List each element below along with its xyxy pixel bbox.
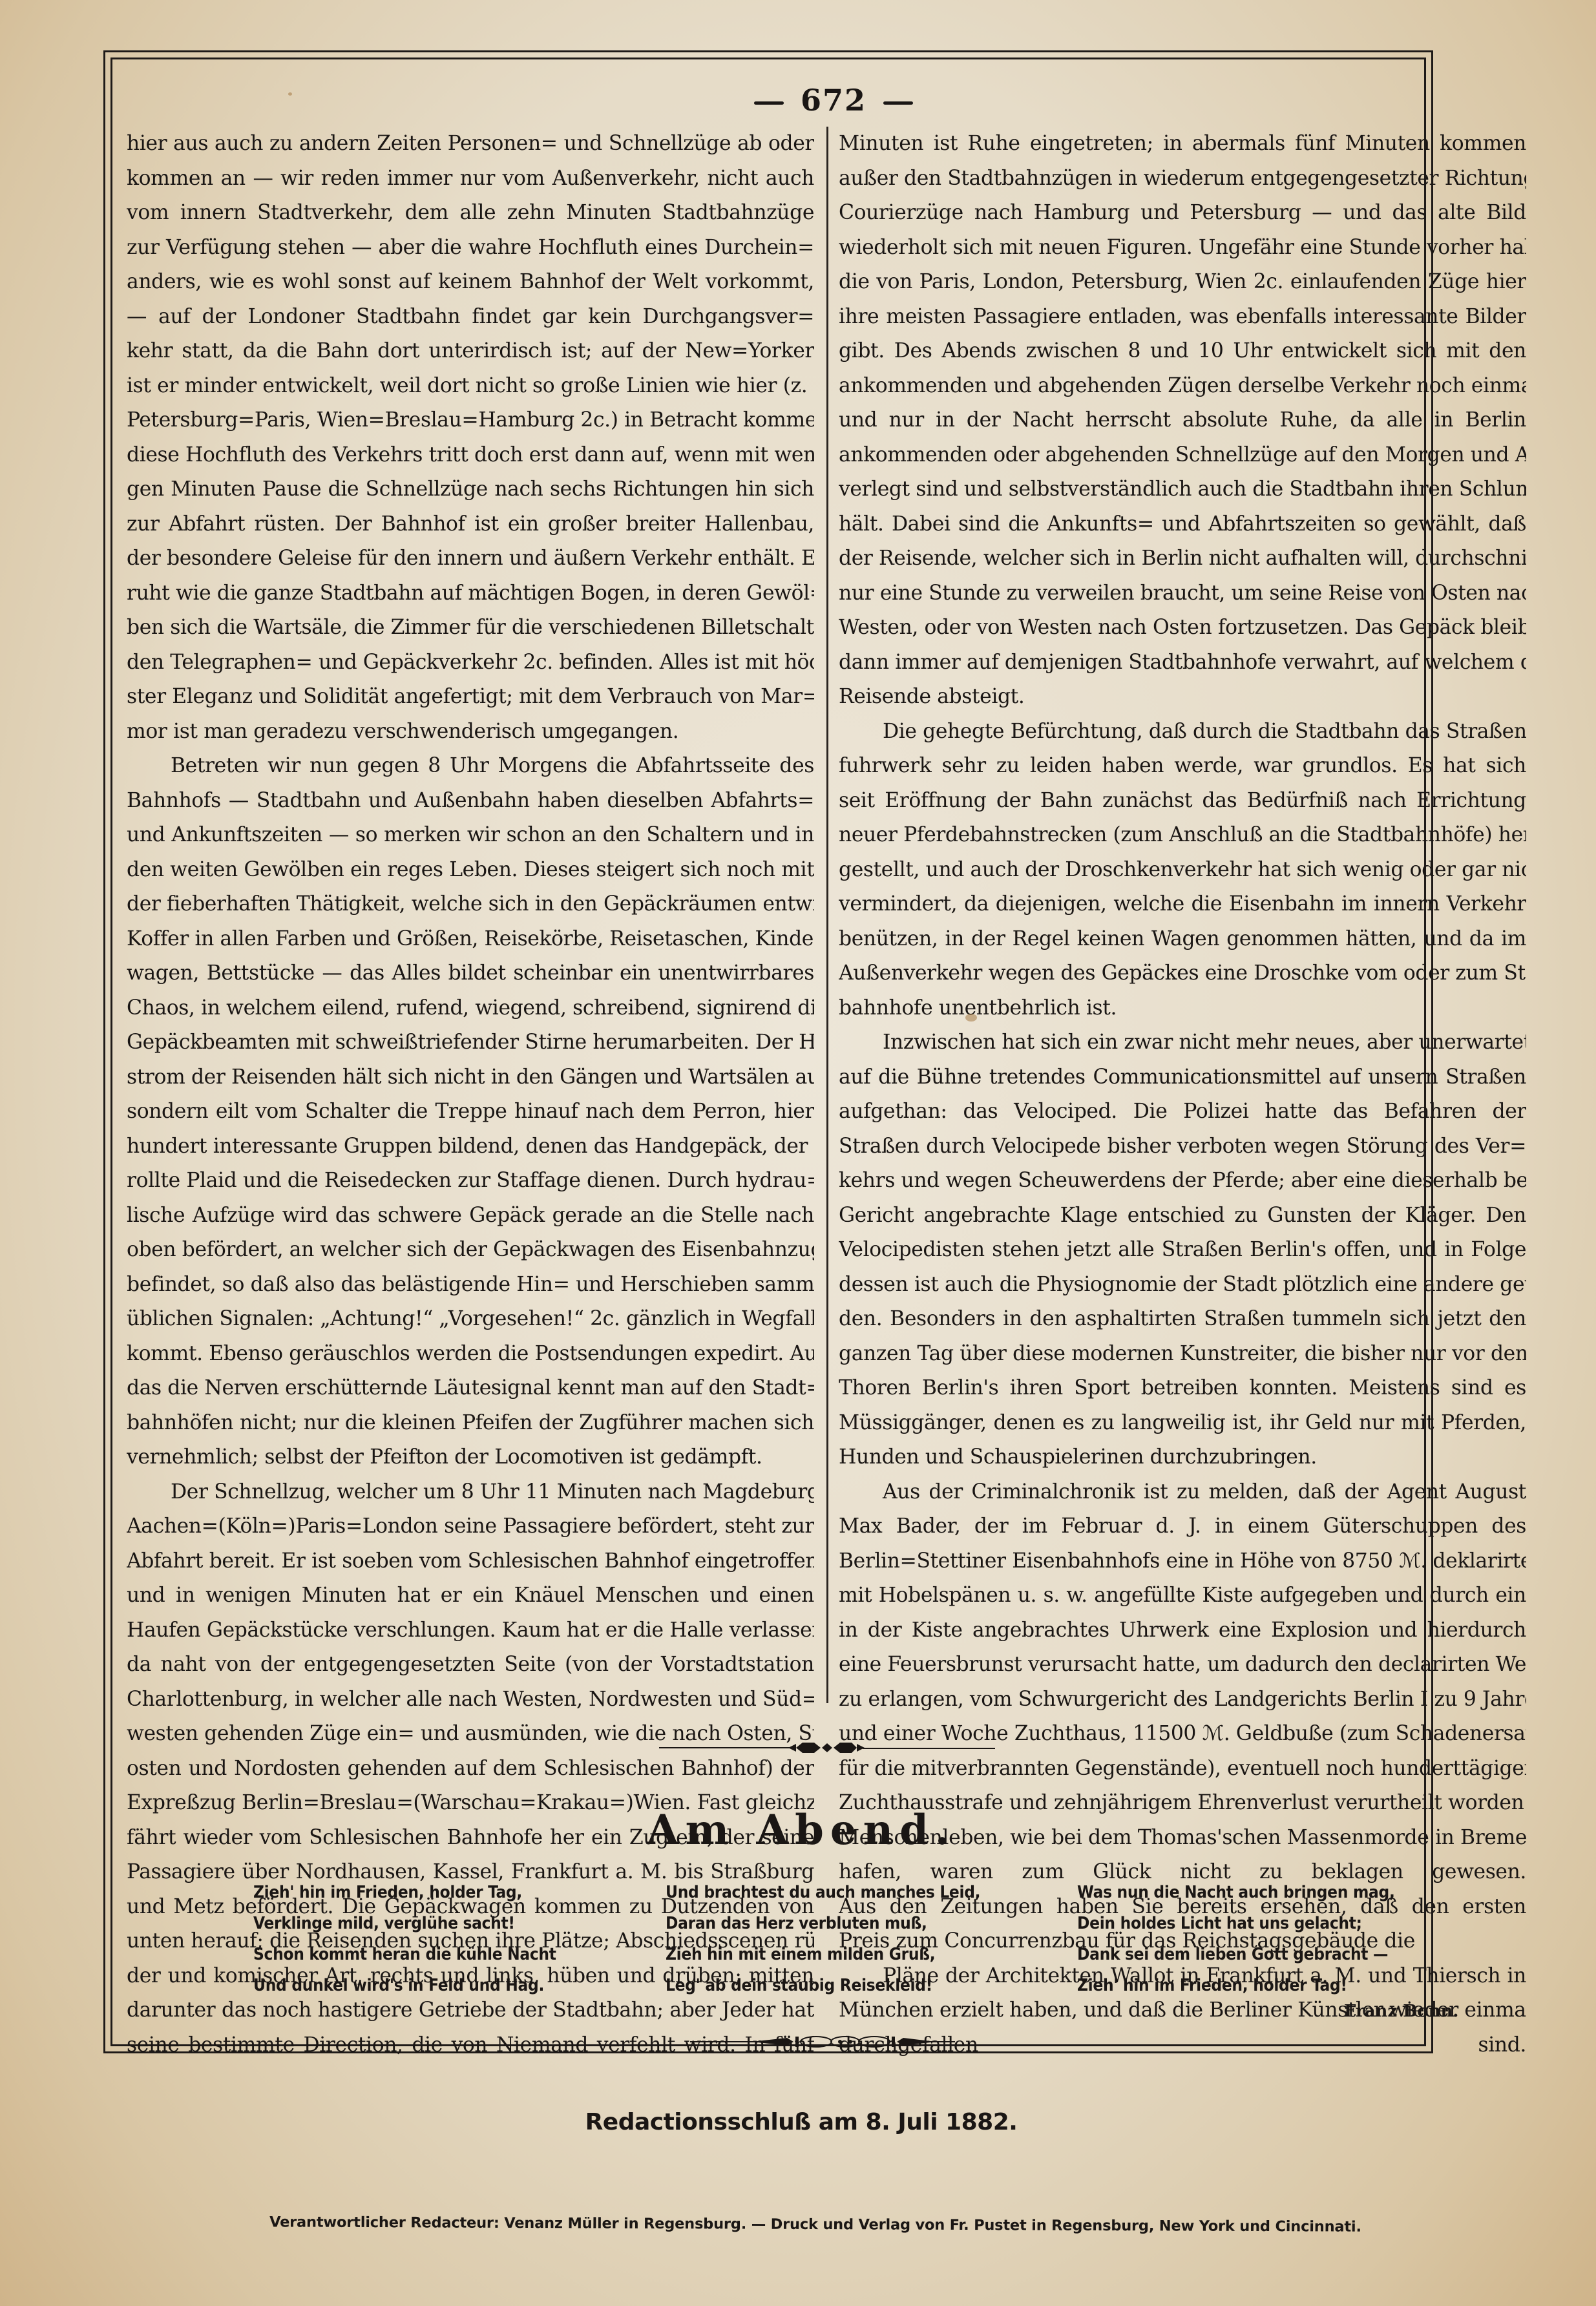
article-line: Thoren Berlin's ihren Sport betreiben ko… <box>839 1371 1526 1406</box>
article-line: den weiten Gewölben ein reges Leben. Die… <box>127 853 814 888</box>
article-line: ruht wie die ganze Stadtbahn auf mächtig… <box>127 576 814 611</box>
article-line: ganzen Tag über diese modernen Kunstreit… <box>839 1337 1526 1372</box>
article-line: kehr statt, da die Bahn dort unterirdisc… <box>127 334 814 369</box>
article-line: Aus der Criminalchronik ist zu melden, d… <box>839 1475 1526 1510</box>
poem-verse: Dein holdes Licht hat uns gelacht; <box>1077 1908 1395 1939</box>
article-line: Max Bader, der im Februar d. J. in einem… <box>839 1509 1526 1544</box>
poem-title: Am Abend. <box>582 1806 1021 1854</box>
article-line: Charlottenburg, in welcher alle nach Wes… <box>127 1682 814 1717</box>
article-line: hundert interessante Gruppen bildend, de… <box>127 1129 814 1164</box>
article-line: die von Paris, London, Petersburg, Wien … <box>839 265 1526 300</box>
article-line: und Ankunftszeiten — so merken wir schon… <box>127 818 814 853</box>
article-line: diese Hochfluth des Verkehrs tritt doch … <box>127 438 814 473</box>
article-line: vermindert, da diejenigen, welche die Ei… <box>839 887 1526 922</box>
page-header: 672 <box>737 83 930 118</box>
article-column-left: hier aus auch zu andern Zeiten Personen=… <box>127 127 814 2062</box>
article-line: Petersburg=Paris, Wien=Breslau=Hamburg 2… <box>127 403 814 438</box>
article-line: ihre meisten Passagiere entladen, was eb… <box>839 300 1526 335</box>
poem-verse: Zieh' hin im Frieden, holder Tag! <box>1077 1970 1395 2001</box>
article-line: und in wenigen Minuten hat er ein Knäuel… <box>127 1578 814 1613</box>
article-line: Die gehegte Befürchtung, daß durch die S… <box>839 715 1526 749</box>
article-line: mit Hobelspänen u. s. w. angefüllte Kist… <box>839 1578 1526 1613</box>
poem-verse: Schon kommt heran die kühle Nacht <box>253 1939 556 1970</box>
article-line: sondern eilt vom Schalter die Treppe hin… <box>127 1095 814 1129</box>
article-line: ist er minder entwickelt, weil dort nich… <box>127 369 814 404</box>
article-line: gestellt, und auch der Droschkenverkehr … <box>839 853 1526 888</box>
article-line: Hunden und Schauspielerinen durchzubring… <box>839 1440 1526 1475</box>
article-line: Koffer in allen Farben und Größen, Reise… <box>127 922 814 957</box>
article-line: wiederholt sich mit neuen Figuren. Ungef… <box>839 231 1526 266</box>
article-line: kehrs und wegen Scheuwerdens der Pferde;… <box>839 1164 1526 1199</box>
article-line: befindet, so daß also das belästigende H… <box>127 1268 814 1303</box>
article-line: der Reisende, welcher sich in Berlin nic… <box>839 541 1526 576</box>
article-line: Bahnhofs — Stadtbahn und Außenbahn haben… <box>127 784 814 819</box>
poem-verse: Und dunkel wird's in Feld und Hag. <box>253 1970 556 2001</box>
article-line: bahnhofe unentbehrlich ist. <box>839 991 1526 1026</box>
article-line: nur eine Stunde zu verweilen braucht, um… <box>839 576 1526 611</box>
article-line: Abfahrt bereit. Er ist soeben vom Schles… <box>127 1544 814 1579</box>
article-line: für die mitverbrannten Gegenstände), eve… <box>839 1752 1526 1787</box>
article-line: Inzwischen hat sich ein zwar nicht mehr … <box>839 1025 1526 1060</box>
paper-stain <box>965 1014 977 1022</box>
paper-stain <box>288 92 292 96</box>
article-line: Courierzüge nach Hamburg und Petersburg … <box>839 196 1526 231</box>
article-line: Chaos, in welchem eilend, rufend, wiegen… <box>127 991 814 1026</box>
article-line: kommt. Ebenso geräuschlos werden die Pos… <box>127 1337 814 1372</box>
article-line: Müssiggänger, denen es zu langweilig ist… <box>839 1406 1526 1441</box>
poem-stanza-3: Was nun die Nacht auch bringen mag, Dein… <box>1077 1877 1395 2001</box>
article-line: strom der Reisenden hält sich nicht in d… <box>127 1060 814 1095</box>
article-line: rollte Plaid und die Reisedecken zur Sta… <box>127 1164 814 1199</box>
article-line: da naht von der entgegengesetzten Seite … <box>127 1648 814 1682</box>
article-line: zu erlangen, vom Schwurgericht des Landg… <box>839 1682 1526 1717</box>
article-line: bahnhöfen nicht; nur die kleinen Pfeifen… <box>127 1406 814 1441</box>
poem-verse: Was nun die Nacht auch bringen mag, <box>1077 1877 1395 1908</box>
article-line: anders, wie es wohl sonst auf keinem Bah… <box>127 265 814 300</box>
poem-verse: Daran das Herz verbluten muß, <box>666 1908 980 1939</box>
article-line: Reisende absteigt. <box>839 680 1526 715</box>
article-line: zur Abfahrt rüsten. Der Bahnhof ist ein … <box>127 507 814 542</box>
poem-author: Franz Bonn. <box>1344 2002 1458 2021</box>
article-line: den. Besonders in den asphaltirten Straß… <box>839 1302 1526 1337</box>
article-line: oben befördert, an welcher sich der Gepä… <box>127 1233 814 1268</box>
editorial-deadline: Redactionsschluß am 8. Juli 1882. <box>297 2109 1305 2135</box>
article-line: der fieberhaften Thätigkeit, welche sich… <box>127 887 814 922</box>
poem-stanza-2: Und brachtest du auch manches Leid, Dara… <box>666 1877 980 2001</box>
article-line: Betreten wir nun gegen 8 Uhr Morgens die… <box>127 749 814 784</box>
article-line: Haufen Gepäckstücke verschlungen. Kaum h… <box>127 1613 814 1648</box>
poem-verse: Zieh hin mit einem milden Gruß, <box>666 1939 980 1970</box>
article-line: ankommenden oder abgehenden Schnellzüge … <box>839 438 1526 473</box>
column-divider <box>826 127 828 1703</box>
poem-verse: Dank sei dem lieben Gott gebracht — <box>1077 1939 1395 1970</box>
article-line: außer den Stadtbahnzügen in wiederum ent… <box>839 162 1526 196</box>
article-line: aufgethan: das Velociped. Die Polizei ha… <box>839 1095 1526 1129</box>
article-line: Der Schnellzug, welcher um 8 Uhr 11 Minu… <box>127 1475 814 1510</box>
article-line: seit Eröffnung der Bahn zunächst das Bed… <box>839 784 1526 819</box>
dash-ornament-left <box>754 101 784 105</box>
publisher-imprint: Verantwortlicher Redacteur: Venanz Mülle… <box>202 2214 1429 2236</box>
poem-stanza-1: Zieh' hin im Frieden, holder Tag, Verkli… <box>253 1877 556 2001</box>
article-line: dessen ist auch die Physiognomie der Sta… <box>839 1268 1526 1303</box>
article-line: kommen an — wir reden immer nur vom Auße… <box>127 162 814 196</box>
article-line: — auf der Londoner Stadtbahn findet gar … <box>127 300 814 335</box>
article-column-right: Minuten ist Ruhe eingetreten; in abermal… <box>839 127 1526 2062</box>
article-line: ster Eleganz und Solidität angefertigt; … <box>127 680 814 715</box>
article-line: gibt. Des Abends zwischen 8 und 10 Uhr e… <box>839 334 1526 369</box>
article-line: Minuten ist Ruhe eingetreten; in abermal… <box>839 127 1526 162</box>
article-line: fuhrwerk sehr zu leiden haben werde, war… <box>839 749 1526 784</box>
article-line: den Telegraphen= und Gepäckverkehr 2c. b… <box>127 645 814 680</box>
poem-verse: Und brachtest du auch manches Leid, <box>666 1877 980 1908</box>
article-line: Velocipedisten stehen jetzt alle Straßen… <box>839 1233 1526 1268</box>
article-line: Außenverkehr wegen des Gepäckes eine Dro… <box>839 956 1526 991</box>
article-line: der besondere Geleise für den innern und… <box>127 541 814 576</box>
page-number: 672 <box>801 83 866 118</box>
article-line: benützen, in der Regel keinen Wagen geno… <box>839 922 1526 957</box>
poem-verse: Leg' ab dein staubig Reisekleid! <box>666 1970 980 2001</box>
article-line: neuer Pferdebahnstrecken (zum Anschluß a… <box>839 818 1526 853</box>
article-line: ben sich die Wartsäle, die Zimmer für di… <box>127 611 814 645</box>
article-line: Aachen=(Köln=)Paris=London seine Passagi… <box>127 1509 814 1544</box>
article-line: dann immer auf demjenigen Stadtbahnhofe … <box>839 645 1526 680</box>
article-line: hält. Dabei sind die Ankunfts= und Abfah… <box>839 507 1526 542</box>
article-line: verlegt sind und selbstverständlich auch… <box>839 472 1526 507</box>
article-line: mor ist man geradezu verschwenderisch um… <box>127 715 814 749</box>
article-line: vernehmlich; selbst der Pfeifton der Loc… <box>127 1440 814 1475</box>
article-line: Gericht angebrachte Klage entschied zu G… <box>839 1199 1526 1233</box>
article-line: vom innern Stadtverkehr, dem alle zehn M… <box>127 196 814 231</box>
article-line: zur Verfügung stehen — aber die wahre Ho… <box>127 231 814 266</box>
article-line: und nur in der Nacht herrscht absolute R… <box>839 403 1526 438</box>
poem-verse: Verklinge mild, verglühe sacht! <box>253 1908 556 1939</box>
article-line: Straßen durch Velocipede bisher verboten… <box>839 1129 1526 1164</box>
section-divider-ornament <box>659 1741 995 1754</box>
article-line: Berlin=Stettiner Eisenbahnhofs eine in H… <box>839 1544 1526 1579</box>
article-line: hier aus auch zu andern Zeiten Personen=… <box>127 127 814 162</box>
article-line: ankommenden und abgehenden Zügen derselb… <box>839 369 1526 404</box>
article-line: Westen, oder von Westen nach Osten fortz… <box>839 611 1526 645</box>
article-line: auf die Bühne tretendes Communicationsmi… <box>839 1060 1526 1095</box>
poem-end-ornament <box>690 2034 955 2049</box>
article-line: osten und Nordosten gehenden auf dem Sch… <box>127 1752 814 1787</box>
dash-ornament-right <box>883 101 913 105</box>
article-line: Gepäckbeamten mit schweißtriefender Stir… <box>127 1025 814 1060</box>
article-line: lische Aufzüge wird das schwere Gepäck g… <box>127 1199 814 1233</box>
poem-verse: Zieh' hin im Frieden, holder Tag, <box>253 1877 556 1908</box>
article-line: gen Minuten Pause die Schnellzüge nach s… <box>127 472 814 507</box>
article-line: eine Feuersbrunst verursacht hatte, um d… <box>839 1648 1526 1682</box>
article-line: üblichen Signalen: „Achtung!“ „Vorgesehe… <box>127 1302 814 1337</box>
article-line: wagen, Bettstücke — das Alles bildet sch… <box>127 956 814 991</box>
article-line: das die Nerven erschütternde Läutesignal… <box>127 1371 814 1406</box>
article-line: in der Kiste angebrachtes Uhrwerk eine E… <box>839 1613 1526 1648</box>
